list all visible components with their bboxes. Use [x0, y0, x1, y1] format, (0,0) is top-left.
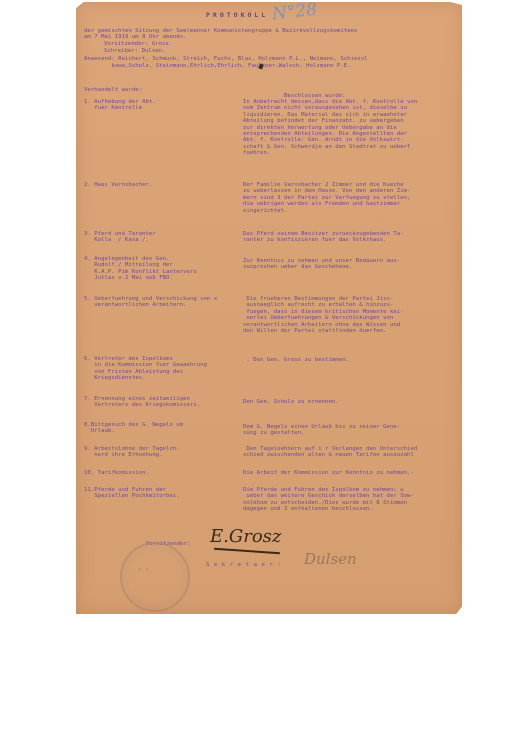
handwritten-protocol-number: N°28 [271, 0, 318, 24]
header-chair: Vorsitzender: Grosz. [104, 41, 172, 47]
item-7-resolution: Den Gen. Schulz zu ernennen. [243, 399, 339, 405]
header-present-line-1: Anwesend: Reichert, Schmunk, Streich, Fu… [84, 56, 368, 62]
item-8-topic: 8.Bittgesuch des G. Negels um Urlaub. [84, 422, 183, 435]
item-3-resolution: Das Pferd seinem Besitzer zurueckzugeben… [243, 231, 404, 244]
item-11-resolution: Die Pferde und Fuhren des Ispolkom zu ne… [243, 487, 414, 513]
item-1-topic: 1. Aufhebung der Abt. fuer Kentrolle [84, 99, 156, 112]
signature-underline [214, 548, 280, 554]
item-8-resolution: Dem G. Negels einen Urlaub bis zu seiner… [243, 424, 400, 437]
item-9-resolution: Den Tageloehnern auf i r Verlangen den U… [243, 446, 417, 459]
item-4-resolution: Zur Kenntnis zu nehmen und unser Bedauer… [243, 258, 400, 271]
document-title: PROTOKOLL [206, 11, 268, 19]
secretary-label: S e k r e t a e r : [206, 562, 281, 568]
item-10-resolution: Die Arbeit der Kommission zur Kenntnis z… [243, 470, 414, 476]
secretary-signature: Dulsen [304, 550, 357, 568]
item-4-topic: 4. Angelegenheit des Gen. Rudolf./ Mitte… [84, 256, 197, 282]
item-10-topic: 10. Tarifkomission. [84, 470, 149, 476]
item-3-topic: 3. Pferd und Taranter Kalla / Kasa /. [84, 231, 156, 244]
item-7-topic: 7. Ernennung eines zeitweiligen Vertrete… [84, 396, 200, 409]
header-present-line-2: kowa,Scholz, Steinmann,Ehrlich,Ehrlich, … [84, 63, 351, 69]
item-6-topic: 6. Vertreter des Ispolkoms in die Kommis… [84, 356, 207, 382]
left-column-heading: Verhandelt wurde: [84, 87, 142, 93]
item-9-topic: 9. Arbeitslohne der Tagelch- nerd ihre E… [84, 446, 180, 459]
item-2-resolution: Der Familie Varnsbacher 2 Zimmer und die… [243, 182, 410, 214]
item-11-topic: 11.Pferde und Fuhren der Speziellen Poch… [84, 487, 180, 500]
header-secretary: Schreiber: Dulsen. [104, 48, 166, 54]
item-2-topic: 2. Haus Varnsbacher. [84, 182, 152, 188]
item-6-resolution: . Den Gen. Gross zu bestimmen. [243, 357, 349, 363]
header-line-2: am 7 Mai 1919 um 8 Uhr abends. [84, 34, 187, 40]
document-page: PROTOKOLL N°28 der gemischten Sitzung de… [76, 2, 462, 614]
chair-signature: E.Grosz [210, 526, 281, 547]
stamp-emblem-icon: ✦ ✦ [138, 566, 149, 573]
item-1-resolution: In Anbetracht dessen,dass die Abt. f. Ko… [243, 99, 417, 157]
round-stamp-seal: ✦ ✦ [120, 542, 190, 612]
item-5-resolution: Die frueheren Bestimmungen der Partei Ji… [243, 296, 404, 334]
item-5-topic: 5. Ueberfuehrung und Verschickung von x … [84, 296, 217, 309]
